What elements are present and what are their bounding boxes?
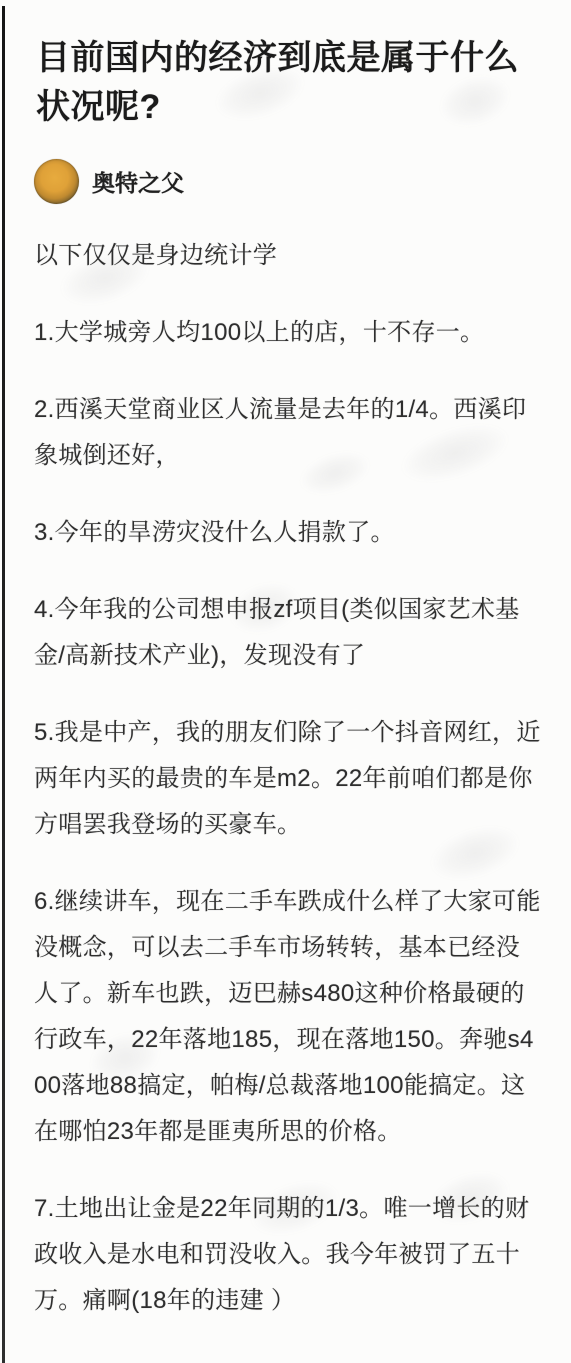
paragraph-item-4: 4.今年我的公司想申报zf项目(类似国家艺术基金/高新技术产业)，发现没有了 (34, 587, 543, 679)
paragraph-item-3: 3.今年的旱涝灾没什么人捐款了。 (34, 510, 543, 556)
author-row[interactable]: 奥特之父 (34, 159, 543, 204)
author-name[interactable]: 奥特之父 (92, 165, 184, 198)
answer-body: 以下仅仅是身边统计学 1.大学城旁人均100以上的店，十不存一。 2.西溪天堂商… (34, 233, 543, 1324)
paragraph-item-5: 5.我是中产，我的朋友们除了一个抖音网红，近两年内买的最贵的车是m2。22年前咱… (34, 710, 543, 848)
paragraph-item-2: 2.西溪天堂商业区人流量是去年的1/4。西溪印象城倒还好， (34, 387, 543, 479)
paragraph-intro: 以下仅仅是身边统计学 (34, 233, 543, 279)
paragraph-item-6: 6.继续讲车，现在二手车跌成什么样了大家可能没概念，可以去二手车市场转转，基本已… (34, 879, 543, 1155)
paragraph-item-7: 7.土地出让金是22年同期的1/3。唯一增长的财政收入是水电和罚没收入。我今年被… (34, 1186, 543, 1324)
author-avatar-icon[interactable] (34, 159, 79, 204)
post-content: 目前国内的经济到底是属于什么状况呢? 奥特之父 以下仅仅是身边统计学 1.大学城… (0, 0, 571, 1324)
question-title[interactable]: 目前国内的经济到底是属于什么状况呢? (36, 34, 543, 132)
paragraph-item-1: 1.大学城旁人均100以上的店，十不存一。 (34, 310, 543, 356)
post-page: 目前国内的经济到底是属于什么状况呢? 奥特之父 以下仅仅是身边统计学 1.大学城… (0, 0, 571, 1363)
